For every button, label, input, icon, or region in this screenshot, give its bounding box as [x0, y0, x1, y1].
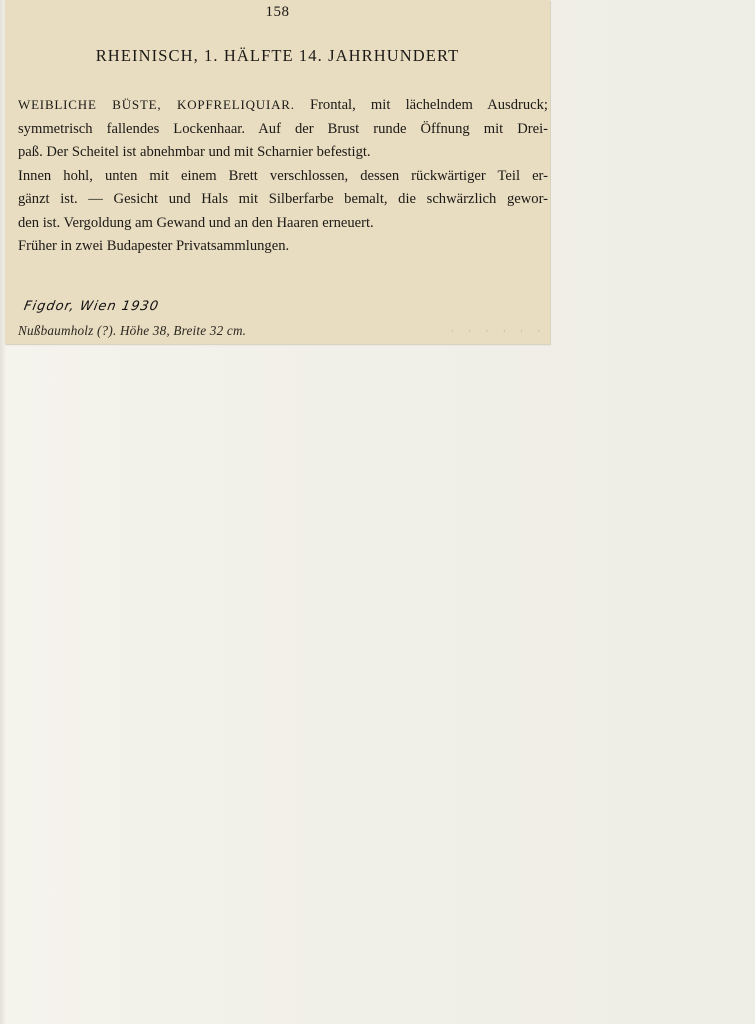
description-line: symmetrisch fallendes Lockenhaar. Auf de…	[18, 118, 548, 142]
description-line: Innen hohl, unten mit einem Brett versch…	[18, 165, 548, 189]
handwritten-provenance-note: Figdor, Wien 1930	[23, 299, 161, 314]
object-title: WEIBLICHE BÜSTE, KOPFRELIQUIAR.	[18, 97, 295, 112]
description-line: den ist. Vergoldung am Gewand und an den…	[18, 212, 548, 236]
section-heading: RHEINISCH, 1. HÄLFTE 14. JAHRHUNDERT	[5, 46, 550, 66]
material-dimensions: Nußbaumholz (?). Höhe 38, Breite 32 cm.	[18, 323, 246, 339]
description-line: gänzt ist. — Gesicht und Hals mit Silber…	[18, 188, 548, 212]
page-number: 158	[5, 4, 550, 21]
description-line: WEIBLICHE BÜSTE, KOPFRELIQUIAR. Frontal,…	[18, 93, 548, 118]
faded-stamp: · · · · · ·	[451, 326, 546, 340]
provenance-line: Früher in zwei Budapester Privatsammlung…	[18, 235, 548, 259]
description-line: paß. Der Scheitel ist abnehmbar und mit …	[18, 141, 548, 165]
entry-description: WEIBLICHE BÜSTE, KOPFRELIQUIAR. Frontal,…	[18, 93, 548, 259]
catalog-clipping: 158 RHEINISCH, 1. HÄLFTE 14. JAHRHUNDERT…	[5, 0, 550, 344]
